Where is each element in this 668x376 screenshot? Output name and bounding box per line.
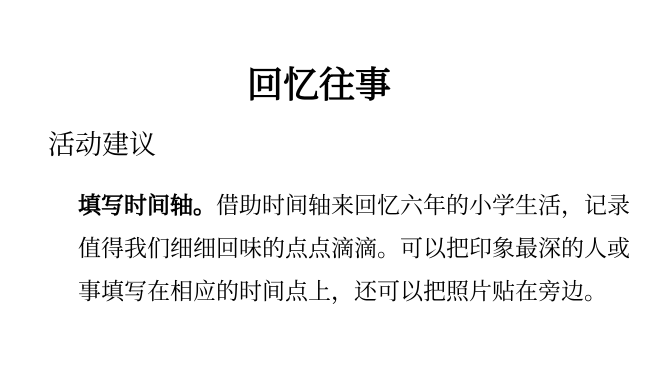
paragraph-lead-bold: 填写时间轴。 <box>78 192 216 218</box>
paragraph-line-3: 事填写在相应的时间点上，还可以把照片贴在旁边。 <box>78 270 630 313</box>
slide-title: 回忆往事 <box>0 63 638 106</box>
paragraph-line-1-text: 借助时间轴来回忆六年的小学生活，记录 <box>216 192 630 218</box>
slide-canvas: 回忆往事 活动建议 填写时间轴。借助时间轴来回忆六年的小学生活，记录 值得我们细… <box>0 0 668 376</box>
paragraph-line-1: 填写时间轴。借助时间轴来回忆六年的小学生活，记录 <box>78 184 630 227</box>
paragraph-line-2: 值得我们细细回味的点点滴滴。可以把印象最深的人或 <box>78 227 630 270</box>
section-heading: 活动建议 <box>48 129 156 161</box>
body-paragraph: 填写时间轴。借助时间轴来回忆六年的小学生活，记录 值得我们细细回味的点点滴滴。可… <box>78 184 630 313</box>
